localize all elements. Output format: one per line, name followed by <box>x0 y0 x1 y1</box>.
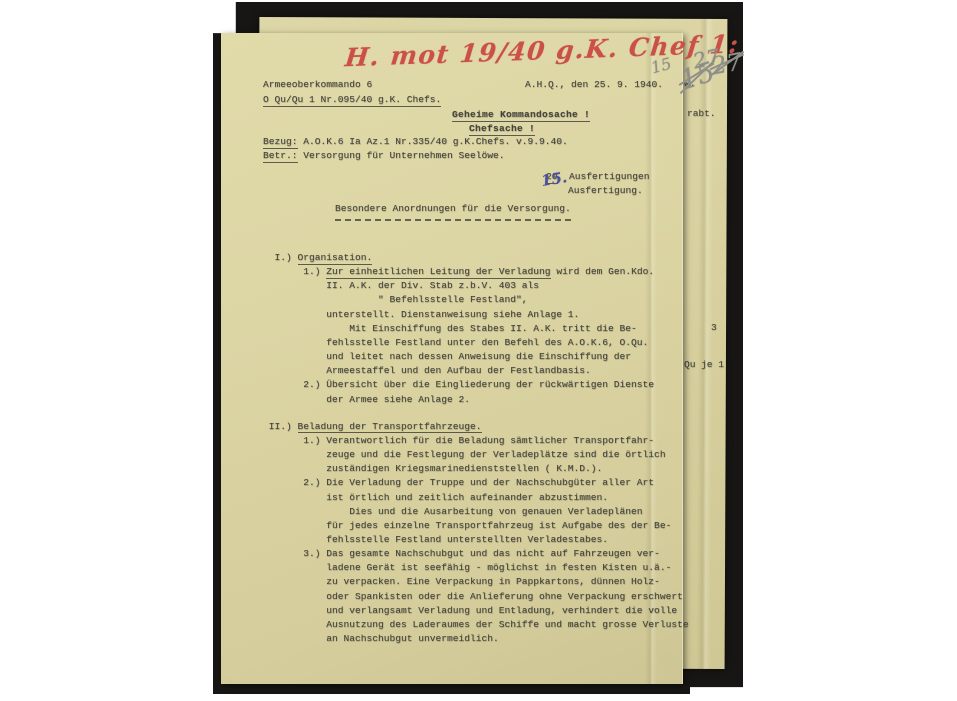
copy-number-line: Ausfertigung. <box>568 184 643 198</box>
text-fragment: Qu je 1 <box>684 359 724 370</box>
subject-line: Betr.: Versorgung für Unternehmen Seelöw… <box>263 149 505 163</box>
text-fragment: 3 <box>711 322 717 333</box>
typed-line: zeuge und die Festlegung der Verladeplät… <box>263 448 689 462</box>
typed-line: II. A.K. der Div. Stab z.b.V. 403 als <box>263 279 689 293</box>
text: an Nachschubgut unvermeidlich. <box>263 633 499 644</box>
text: fehlsstelle Festland unter den Befehl de… <box>263 337 648 348</box>
typed-line: zu verpacken. Eine Verpackung in Pappkar… <box>263 575 689 589</box>
text: ladene Gerät ist seefähig - möglichst in… <box>263 562 671 573</box>
underlined-text: Organisation. <box>298 252 373 265</box>
typed-line: " Befehlsstelle Festland", <box>263 293 689 307</box>
typed-line: 2.) Die Verladung der Truppe und der Nac… <box>263 476 689 490</box>
secrecy-line-1: Geheime Kommandosache ! <box>452 108 590 122</box>
text: oder Spankisten oder die Anlieferung ohn… <box>263 591 683 602</box>
text: Armeeoberkommando 6 <box>263 79 372 90</box>
typed-line: II.) Beladung der Transportfahrzeuge. <box>263 420 689 434</box>
text: II.) <box>263 421 298 432</box>
text: zeuge und die Festlegung der Verladeplät… <box>263 449 666 460</box>
typed-line: 3.) Das gesamte Nachschubgut und das nic… <box>263 547 689 561</box>
typed-body: I.) Organisation. 1.) Zur einheitlichen … <box>263 251 689 646</box>
underlined-text: Zur einheitlichen Leitung der Verladung <box>326 266 550 279</box>
typed-line: 2.) Übersicht über die Eingliederung der… <box>263 378 689 392</box>
text: I.) <box>263 252 298 263</box>
text: Mit Einschiffung des Stabes II. A.K. tri… <box>263 323 637 334</box>
typed-line: an Nachschubgut unvermeidlich. <box>263 632 689 646</box>
text: der Armee siehe Anlage 2. <box>263 394 470 405</box>
typed-line: Armeestaffel und den Aufbau der Festland… <box>263 364 689 378</box>
typed-line: I.) Organisation. <box>263 251 689 265</box>
text: und leitet nach dessen Anweisung die Ein… <box>263 351 631 362</box>
unit-name: Armeeoberkommando 6 <box>263 78 372 92</box>
text: 1.) <box>263 266 326 277</box>
typed-line: zuständigen Kriegsmarinedienststellen ( … <box>263 462 689 476</box>
typed-line: der Armee siehe Anlage 2. <box>263 393 689 407</box>
text: zuständigen Kriegsmarinedienststellen ( … <box>263 463 602 474</box>
text: II. A.K. der Div. Stab z.b.V. 403 als <box>263 280 539 291</box>
text: Armeestaffel und den Aufbau der Festland… <box>263 365 591 376</box>
file-reference: O Qu/Qu 1 Nr.095/40 g.K. Chefs. <box>263 93 441 107</box>
typed-line: oder Spankisten oder die Anlieferung ohn… <box>263 590 689 604</box>
typed-line: und leitet nach dessen Anweisung die Ein… <box>263 350 689 364</box>
scanned-document-canvas: w.rabt.3Qu je 1 Armeeoberkommando 6A.H.Q… <box>0 0 957 701</box>
typed-line: und verlangsamt Verladung und Entladung,… <box>263 604 689 618</box>
underlined-text: Bezug: <box>263 136 298 149</box>
typed-line: Mit Einschiffung des Stabes II. A.K. tri… <box>263 322 689 336</box>
underlined-text: Beladung der Transportfahrzeuge. <box>298 421 482 434</box>
underlined-text: Chefsache ! <box>469 123 535 136</box>
text: für jedes einzelne Transportfahrzeug ist… <box>263 520 671 531</box>
document-title: Besondere Anordnungen für die Versorgung… <box>335 202 571 221</box>
typed-line: Dies und die Ausarbeitung von genauen Ve… <box>263 505 689 519</box>
underlined-text: Betr.: <box>263 150 298 163</box>
typed-line: fehlsstelle Festland unterstellten Verla… <box>263 533 689 547</box>
typed-line: ladene Gerät ist seefähig - möglichst in… <box>263 561 689 575</box>
text: Ausnutzung des Laderaumes der Schiffe un… <box>263 619 689 630</box>
text: Versorgung für Unternehmen Seelöwe. <box>298 150 505 161</box>
text: 2.) Die Verladung der Truppe und der Nac… <box>263 477 654 488</box>
typed-line: unterstellt. Dienstanweisung siehe Anlag… <box>263 308 689 322</box>
text: ist örtlich und zeitlich aufeinander abz… <box>263 492 608 503</box>
typed-line: Ausnutzung des Laderaumes der Schiffe un… <box>263 618 689 632</box>
document-page: Armeeoberkommando 6A.H.Q., den 25. 9. 19… <box>221 33 683 684</box>
text: und verlangsamt Verladung und Entladung,… <box>263 605 677 616</box>
reference-line: Bezug: A.O.K.6 Ia Az.1 Nr.335/40 g.K.Che… <box>263 135 568 149</box>
underlined-text: O Qu/Qu 1 Nr.095/40 g.K. Chefs. <box>263 94 441 107</box>
text: Ausfertigung. <box>568 185 643 196</box>
text: Dies und die Ausarbeitung von genauen Ve… <box>263 506 643 517</box>
text: 2.) Übersicht über die Eingliederung der… <box>263 379 654 390</box>
text: wird dem Gen.Kdo. <box>551 266 655 277</box>
text: fehlsstelle Festland unterstellten Verla… <box>263 534 608 545</box>
typed-line: fehlsstelle Festland unter den Befehl de… <box>263 336 689 350</box>
typed-line: für jedes einzelne Transportfahrzeug ist… <box>263 519 689 533</box>
text: Ausfertigungen <box>558 171 650 182</box>
text: zu verpacken. Eine Verpackung in Pappkar… <box>263 576 660 587</box>
text: " Befehlsstelle Festland", <box>263 294 528 305</box>
text: 1.) Verantwortlich für die Beladung sämt… <box>263 435 654 446</box>
text: unterstellt. Dienstanweisung siehe Anlag… <box>263 309 579 320</box>
typed-line: 1.) Verantwortlich für die Beladung sämt… <box>263 434 689 448</box>
text: A.O.K.6 Ia Az.1 Nr.335/40 g.K.Chefs. v.9… <box>298 136 568 147</box>
text: 3.) Das gesamte Nachschubgut und das nic… <box>263 548 660 559</box>
underlined-text: Geheime Kommandosache ! <box>452 109 590 122</box>
typed-line: 1.) Zur einheitlichen Leitung der Verlad… <box>263 265 689 279</box>
typed-line: ist örtlich und zeitlich aufeinander abz… <box>263 491 689 505</box>
